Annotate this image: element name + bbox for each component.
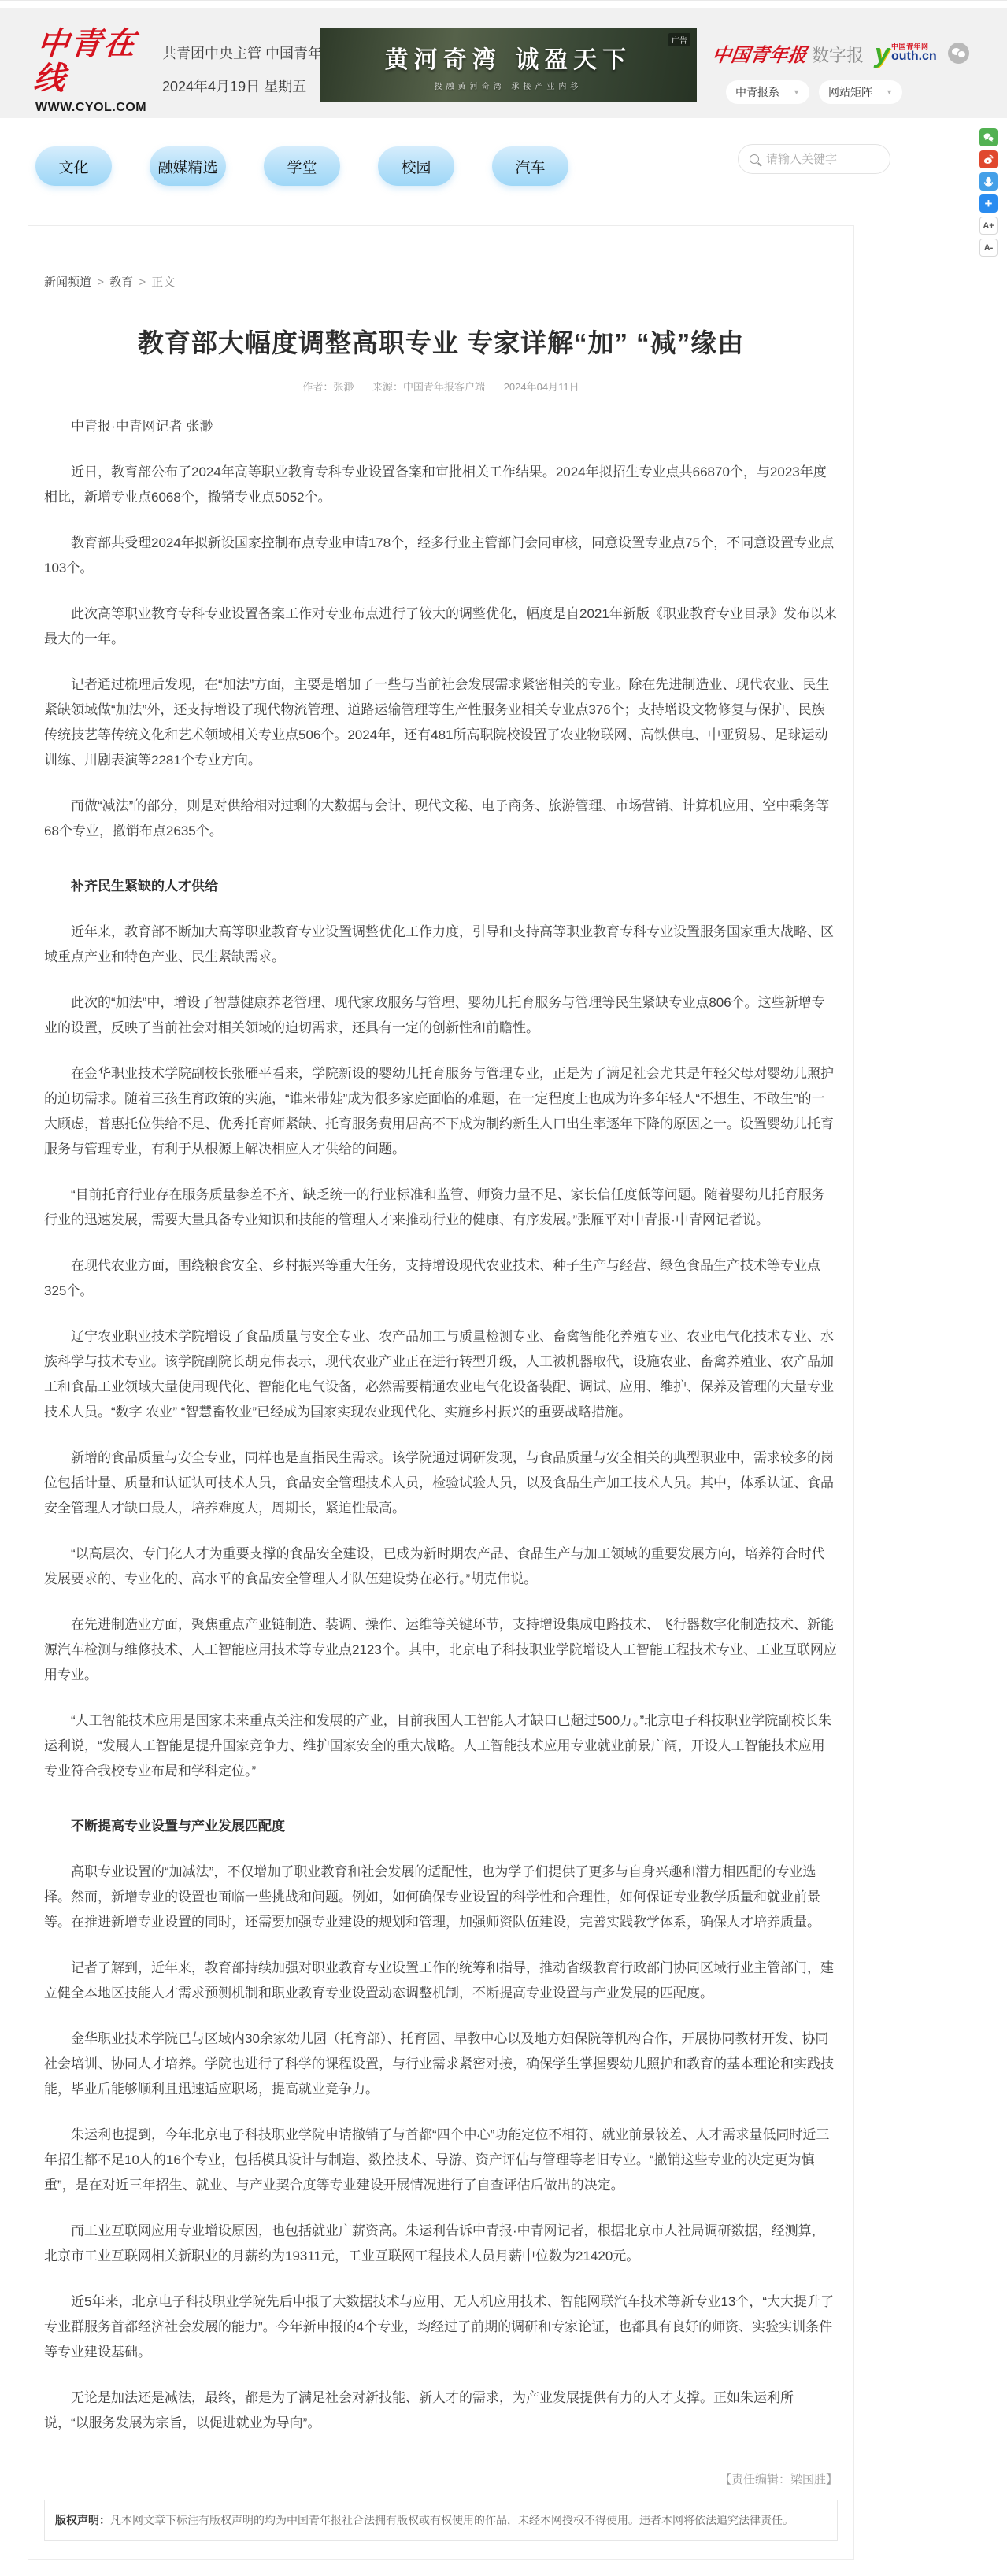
copyright-label: 版权声明：: [55, 2514, 110, 2526]
qq-share-icon[interactable]: [979, 172, 998, 191]
breadcrumb-education[interactable]: 教育: [109, 276, 133, 289]
article-paragraph: “人工智能技术应用是国家未来重点关注和发展的产业，目前我国人工智能人才缺口已超过…: [44, 1708, 838, 1784]
ad-tag-label: 广告: [668, 33, 690, 46]
brand-row: 中国青年报 数字报 y 中国青年网 outh.cn: [713, 39, 969, 67]
share-rail: + A+ A-: [979, 128, 998, 257]
article-body: 中青报·中青网记者 张渺近日，教育部公布了2024年高等职业教育专科专业设置备案…: [44, 414, 838, 2436]
nav-bar: 文化 融媒精选 学堂 校园 汽车: [0, 118, 1007, 211]
nav-item-culture[interactable]: 文化: [35, 146, 112, 186]
digital-paper-link[interactable]: 中国青年报 数字报: [713, 39, 864, 67]
wechat-share-icon[interactable]: [979, 128, 998, 146]
font-decrease-button[interactable]: A-: [979, 239, 998, 257]
breadcrumb-separator: >: [139, 276, 146, 289]
article-paragraph: “目前托育行业存在服务质量参差不齐、缺乏统一的行业标准和监管、师资力量不足、家长…: [44, 1183, 838, 1233]
breadcrumb-news-channel[interactable]: 新闻频道: [44, 276, 91, 289]
site-logo[interactable]: 中青在线 WWW.CYOL.COM: [35, 27, 150, 115]
article-title: 教育部大幅度调整高职专业 专家详解“加” “减”缘由: [44, 323, 838, 360]
search-icon: [750, 154, 759, 164]
article-paragraph: 在金华职业技术学院副校长张雁平看来，学院新设的婴幼儿托育服务与管理专业，正是为了…: [44, 1061, 838, 1162]
site-logo-url: WWW.CYOL.COM: [35, 98, 150, 115]
article-paragraph: 此次的“加法”中，增设了智慧健康养老管理、现代家政服务与管理、婴幼儿托育服务与管…: [44, 990, 838, 1041]
nav-item-auto[interactable]: 汽车: [492, 146, 568, 186]
article-paragraph: 而工业互联网应用专业增设原因，也包括就业广薪资高。朱运利告诉中青报·中青网记者，…: [44, 2219, 838, 2269]
wechat-icon[interactable]: [948, 43, 969, 64]
article-paragraph: 高职专业设置的“加减法”，不仅增加了职业教育和社会发展的适配性，也为学子们提供了…: [44, 1860, 838, 1935]
article-paragraph: 辽宁农业职业技术学院增设了食品质量与安全专业、农产品加工与质量检测专业、畜禽智能…: [44, 1324, 838, 1425]
article-paragraph: 在先进制造业方面，聚焦重点产业链制造、装调、操作、运维等关键环节，支持增设集成电…: [44, 1612, 838, 1688]
ad-headline: 黄河奇湾 诚盈天下: [385, 40, 631, 75]
copyright-notice: 版权声明：凡本网文章下标注有版权声明的均为中国青年报社合法拥有版权或有权使用的作…: [44, 2500, 838, 2541]
article-paragraph: 此次高等职业教育专科专业设置备案工作对专业布点进行了较大的调整优化，幅度是自20…: [44, 601, 838, 652]
article-source: 来源：中国青年报客户端: [372, 381, 485, 393]
section-heading: 不断提高专业设置与产业发展匹配度: [44, 1814, 838, 1839]
article-paragraph: 新增的食品质量与安全专业，同样也是直指民生需求。该学院通过调研发现，与食品质量与…: [44, 1445, 838, 1521]
editor-credit: 【责任编辑：梁国胜】: [44, 2471, 838, 2487]
article-paragraph: 教育部共受理2024年拟新设国家控制布点专业申请178个，经多行业主管部门会同审…: [44, 531, 838, 581]
breadcrumb-current: 正文: [151, 276, 175, 289]
digital-paper-suffix: 数字报: [812, 43, 864, 67]
article-paragraph: 而做“减法”的部分，则是对供给相对过剩的大数据与会计、现代文秘、电子商务、旅游管…: [44, 794, 838, 844]
weibo-share-icon[interactable]: [979, 150, 998, 168]
search-box[interactable]: [738, 144, 890, 174]
nav-item-school[interactable]: 学堂: [264, 146, 340, 186]
article-paragraph: 近日，教育部公布了2024年高等职业教育专科专业设置备案和审批相关工作结果。20…: [44, 460, 838, 510]
digital-paper-brand: 中国青年报: [711, 39, 809, 67]
article-paragraph: 记者了解到，近年来，教育部持续加强对职业教育专业设置工作的统筹和指导，推动省级教…: [44, 1956, 838, 2006]
nav-item-media-picks[interactable]: 融媒精选: [150, 146, 226, 186]
top-strip: [0, 0, 1007, 8]
article-date: 2024年04月11日: [504, 381, 579, 393]
more-share-button[interactable]: +: [979, 194, 998, 213]
search-input[interactable]: [766, 153, 876, 166]
article-author: 作者：张渺: [302, 381, 354, 393]
font-increase-button[interactable]: A+: [979, 217, 998, 235]
article-paragraph: 金华职业技术学院已与区域内30余家幼儿园（托育部）、托育园、早教中心以及地方妇保…: [44, 2026, 838, 2102]
copyright-text: 凡本网文章下标注有版权声明的均为中国青年报社合法拥有版权或有权使用的作品，未经本…: [110, 2514, 794, 2526]
breadcrumb: 新闻频道 > 教育 > 正文: [44, 273, 838, 290]
page: 中青在线 WWW.CYOL.COM 共青团中央主管 中国青年报主办 2024年4…: [0, 0, 1007, 2576]
article-meta: 作者：张渺 来源：中国青年报客户端 2024年04月11日: [44, 379, 838, 394]
breadcrumb-separator: >: [97, 276, 104, 289]
youth-leaf-icon: y: [875, 42, 890, 65]
article-card: 新闻频道 > 教育 > 正文 教育部大幅度调整高职专业 专家详解“加” “减”缘…: [28, 225, 854, 2560]
article-paragraph: 记者通过梳理后发现，在“加法”方面，主要是增加了一些与当前社会发展需求紧密相关的…: [44, 672, 838, 773]
article-paragraph: 朱运利也提到，今年北京电子科技职业学院申请撤销了与首都“四个中心”功能定位不相符…: [44, 2123, 838, 2198]
article-paragraph: 在现代农业方面，围绕粮食安全、乡村振兴等重大任务，支持增设现代农业技术、种子生产…: [44, 1253, 838, 1304]
nav-pills: 文化 融媒精选 学堂 校园 汽车: [35, 146, 568, 186]
ad-subline: 投融黄河奇湾 承接产业内移: [435, 80, 583, 91]
site-matrix-dropdown[interactable]: 网站矩阵 ▼: [819, 80, 902, 104]
chevron-down-icon: ▼: [793, 88, 800, 96]
nav-item-campus[interactable]: 校园: [378, 146, 454, 186]
article-paragraph: “以高层次、专门化人才为重要支撑的食品安全建设，已成为新时期农产品、食品生产与加…: [44, 1542, 838, 1592]
section-heading: 补齐民生紧缺的人才供给: [44, 874, 838, 899]
article-paragraph: 中青报·中青网记者 张渺: [44, 414, 838, 439]
ad-banner[interactable]: 黄河奇湾 诚盈天下 投融黄河奇湾 承接产业内移 广告: [320, 28, 697, 102]
site-matrix-label: 网站矩阵: [828, 84, 872, 100]
youth-domain: outh.cn: [891, 50, 937, 63]
youth-cn-link[interactable]: y 中国青年网 outh.cn: [875, 42, 937, 65]
site-logo-text: 中青在线: [31, 27, 153, 96]
article-paragraph: 近年来，教育部不断加大高等职业教育专业设置调整优化工作力度，引导和支持高等职业教…: [44, 920, 838, 970]
article-paragraph: 近5年来，北京电子科技职业学院先后申报了大数据技术与应用、无人机应用技术、智能网…: [44, 2289, 838, 2365]
article-paragraph: 无论是加法还是减法，最终，都是为了满足社会对新技能、新人才的需求，为产业发展提供…: [44, 2385, 838, 2436]
chevron-down-icon: ▼: [886, 88, 893, 96]
press-family-dropdown[interactable]: 中青报系 ▼: [726, 80, 809, 104]
site-header: 中青在线 WWW.CYOL.COM 共青团中央主管 中国青年报主办 2024年4…: [0, 8, 1007, 118]
dropdown-row: 中青报系 ▼ 网站矩阵 ▼: [726, 80, 902, 104]
press-family-label: 中青报系: [735, 84, 779, 100]
header-date: 2024年4月19日 星期五: [162, 76, 306, 96]
